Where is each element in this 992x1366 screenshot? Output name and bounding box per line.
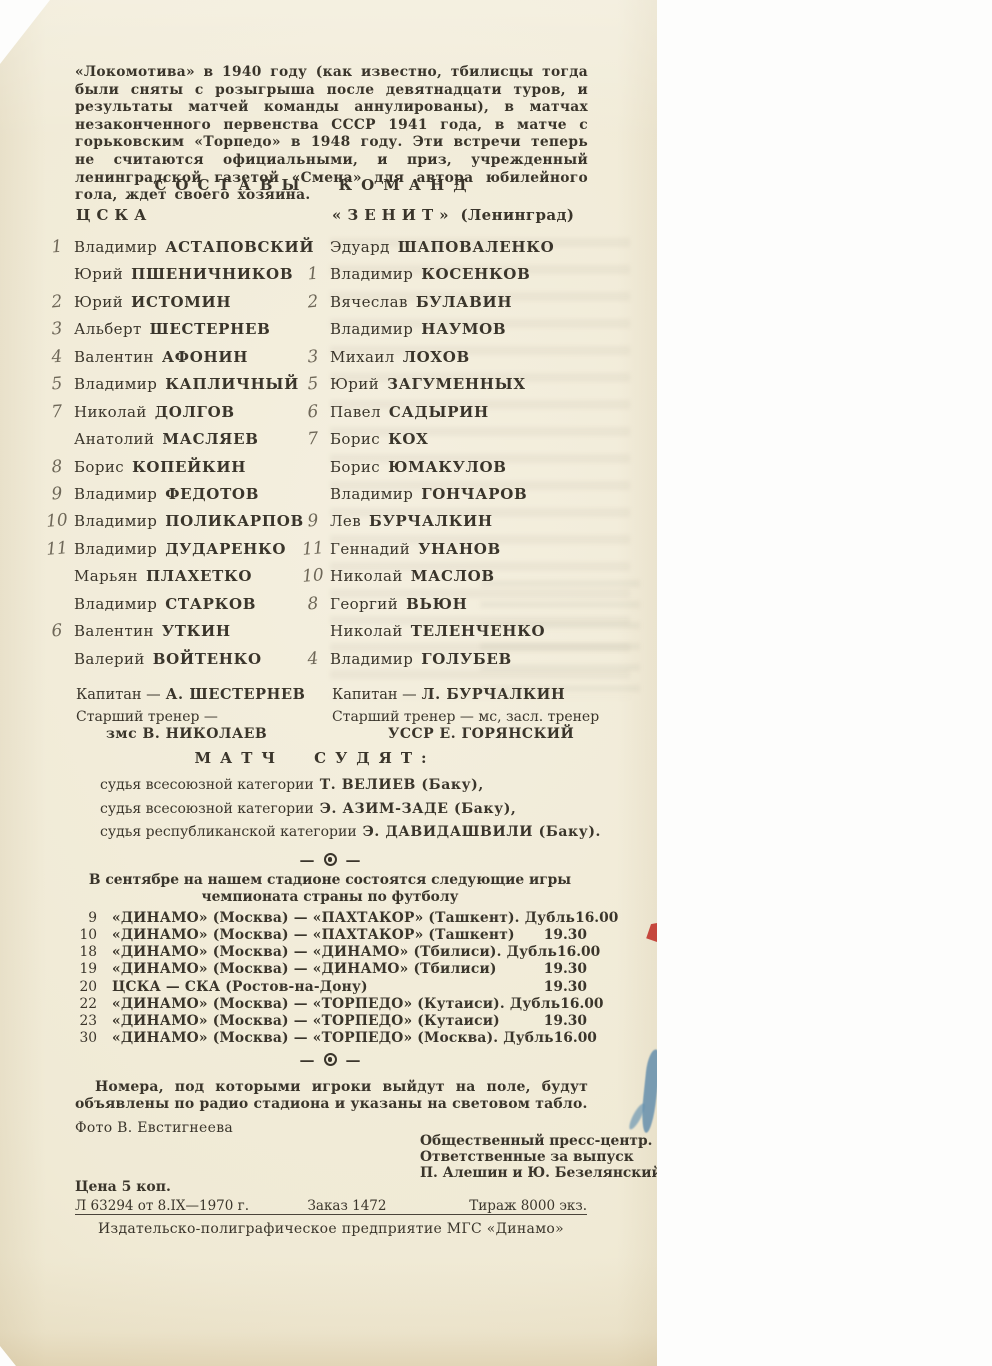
player-first-name: Лев [330, 512, 361, 530]
player-row: 8ГеоргийВЬЮН [300, 595, 600, 622]
handwritten-number: 6 [299, 403, 326, 422]
player-first-name: Борис [330, 430, 380, 448]
player-last-name: МАСЛЯЕВ [162, 430, 258, 448]
player-last-name: ТЕЛЕНЧЕНКО [411, 622, 545, 640]
player-last-name: ШАПОВАЛЕНКО [398, 238, 555, 256]
player-row: ВладимирСТАРКОВ [44, 595, 302, 622]
referee-name: Э. ДАВИДАШВИЛИ (Баку). [363, 824, 601, 840]
player-first-name: Альберт [74, 320, 142, 338]
player-row: 5ЮрийЗАГУМЕННЫХ [300, 375, 600, 402]
player-row: ВладимирГОНЧАРОВ [300, 485, 600, 512]
player-last-name: ДОЛГОВ [155, 403, 235, 421]
player-first-name: Валерий [74, 650, 145, 668]
schedule-row: 10«ДИНАМО» (Москва) — «ПАХТАКОР» (Ташкен… [75, 927, 587, 944]
handwritten-number: 8 [299, 595, 326, 614]
zenit-coach-line1: Старший тренер — мс, засл. тренер [332, 709, 599, 725]
player-last-name: ИСТОМИН [131, 293, 231, 311]
handwritten-number: 4 [43, 348, 70, 367]
player-row: 4ВладимирГОЛУБЕВ [300, 650, 600, 677]
handwritten-number [300, 498, 326, 500]
rosters-heading: СОСТАВЫКОМАНД [60, 176, 570, 194]
player-row: ЭдуардШАПОВАЛЕНКО [300, 238, 600, 265]
player-last-name: ДУДАРЕНКО [165, 540, 286, 558]
handwritten-number: 11 [299, 540, 326, 559]
referee-name: Т. ВЕЛИЕВ (Баку), [320, 777, 484, 793]
player-last-name: УНАНОВ [418, 540, 501, 558]
player-row: 11ВладимирДУДАРЕНКО [44, 540, 302, 567]
match-time: 16.00 [560, 996, 603, 1012]
match-day: 9 [75, 910, 97, 926]
divider-dash: — [346, 1051, 361, 1069]
handwritten-number: 7 [299, 430, 326, 449]
player-last-name: ЮМАКУЛОВ [388, 458, 507, 476]
player-first-name: Владимир [74, 375, 157, 393]
player-row: 6ПавелСАДЫРИН [300, 403, 600, 430]
match-time: 19.30 [544, 961, 587, 977]
referees-heading-word1: МАТЧ [194, 749, 284, 767]
numbers-announcement-note: Номера, под которыми игроки выйдут на по… [75, 1079, 588, 1113]
player-first-name: Николай [74, 403, 147, 421]
section-divider: —— [75, 1051, 585, 1069]
player-row: 8БорисКОПЕЙКИН [44, 458, 302, 485]
match-day: 10 [75, 927, 97, 943]
player-last-name: АФОНИН [162, 348, 248, 366]
player-last-name: ГОЛУБЕВ [421, 650, 512, 668]
handwritten-number: 11 [43, 540, 70, 559]
player-last-name: САДЫРИН [389, 403, 489, 421]
section-divider: —— [75, 851, 585, 869]
player-last-name: ПШЕНИЧНИКОВ [131, 265, 293, 283]
player-first-name: Валентин [74, 348, 154, 366]
referee-category: судья всесоюзной категории [100, 777, 314, 793]
photo-credit: Фото В. Евстигнеева [75, 1120, 233, 1136]
referee-line: судья всесоюзной категорииЭ. АЗИМ-ЗАДЕ (… [100, 801, 601, 825]
match-time: 16.00 [575, 910, 618, 926]
cska-coach-line1: Старший тренер — [76, 709, 218, 725]
referee-line: судья республиканской категорииЭ. ДАВИДА… [100, 824, 601, 848]
handwritten-number: 2 [43, 293, 70, 312]
handwritten-number [44, 278, 70, 280]
handwritten-number: 3 [43, 320, 70, 339]
player-row: МарьянПЛАХЕТКО [44, 567, 302, 594]
team-name-cska: ЦСКА [76, 206, 152, 224]
match-day: 30 [75, 1030, 97, 1046]
imprint-number: Л 63294 от 8.IX—1970 г. [75, 1198, 267, 1214]
player-last-name: СТАРКОВ [165, 595, 256, 613]
player-row: 2ВячеславБУЛАВИН [300, 293, 600, 320]
press-line1: Общественный пресс-центр. [420, 1134, 667, 1150]
handwritten-number: 1 [43, 238, 70, 257]
player-row: НиколайТЕЛЕНЧЕНКО [300, 622, 600, 649]
player-last-name: КОСЕНКОВ [421, 265, 530, 283]
player-first-name: Владимир [330, 320, 413, 338]
schedule-row: 23«ДИНАМО» (Москва) — «ТОРПЕДО» (Кутаиси… [75, 1013, 587, 1030]
match-day: 19 [75, 961, 97, 977]
imprint-circulation: Тираж 8000 экз. [427, 1198, 587, 1214]
match-teams: «ДИНАМО» (Москва) — «ДИНАМО» (Тбилиси). … [112, 944, 557, 960]
handwritten-number [44, 662, 70, 664]
september-line1: В сентябре на нашем стадионе состоятся с… [75, 872, 585, 889]
handwritten-number: 7 [43, 403, 70, 422]
referee-name: Э. АЗИМ-ЗАДЕ (Баку), [320, 801, 517, 817]
referees-list: судья всесоюзной категорииТ. ВЕЛИЕВ (Бак… [100, 777, 601, 848]
captain-name: А. ШЕСТЕРНЕВ [166, 686, 306, 703]
captain-name: Л. БУРЧАЛКИН [422, 686, 566, 703]
cska-captain: Капитан —А. ШЕСТЕРНЕВ [76, 686, 305, 703]
september-announcement: В сентябре на нашем стадионе состоятся с… [75, 872, 585, 905]
september-line2: чемпионата страны по футболу [75, 889, 585, 906]
player-last-name: МАСЛОВ [411, 567, 495, 585]
match-day: 22 [75, 996, 97, 1012]
player-first-name: Николай [330, 622, 403, 640]
handwritten-number: 10 [299, 567, 326, 586]
match-teams: «ДИНАМО» (Москва) — «ДИНАМО» (Тбилиси) [112, 961, 544, 977]
player-last-name: ПОЛИКАРПОВ [165, 512, 304, 530]
handwritten-number: 5 [43, 375, 70, 394]
imprint-row: Л 63294 от 8.IX—1970 г. Заказ 1472 Тираж… [75, 1198, 587, 1214]
match-day: 18 [75, 944, 97, 960]
player-row: 6ВалентинУТКИН [44, 622, 302, 649]
player-row: 3АльбертШЕСТЕРНЕВ [44, 320, 302, 347]
handwritten-number: 5 [299, 375, 326, 394]
player-row: ЮрийПШЕНИЧНИКОВ [44, 265, 302, 292]
player-row: 1ВладимирКОСЕНКОВ [300, 265, 600, 292]
player-row: 9ЛевБУРЧАЛКИН [300, 512, 600, 539]
player-first-name: Вячеслав [330, 293, 408, 311]
handwritten-number [44, 443, 70, 445]
handwritten-number: 8 [43, 457, 70, 476]
match-time: 19.30 [544, 927, 587, 943]
rosters-heading-word1: СОСТАВЫ [154, 176, 308, 194]
match-day: 20 [75, 979, 97, 995]
handwritten-number [44, 608, 70, 610]
player-last-name: ВЬЮН [406, 595, 467, 613]
player-last-name: ГОНЧАРОВ [421, 485, 527, 503]
handwritten-number: 6 [43, 622, 70, 641]
team-name-zenit: «ЗЕНИТ»(Ленинград) [332, 206, 574, 224]
player-last-name: НАУМОВ [421, 320, 506, 338]
player-row: 5ВладимирКАПЛИЧНЫЙ [44, 375, 302, 402]
handwritten-number: 1 [299, 265, 326, 284]
team-zenit-title: «ЗЕНИТ» [332, 206, 455, 224]
divider-dash: — [346, 851, 361, 869]
zenit-captain: Капитан —Л. БУРЧАЛКИН [332, 686, 565, 703]
player-row: 10НиколайМАСЛОВ [300, 567, 600, 594]
handwritten-number: 9 [43, 485, 70, 504]
handwritten-number: 2 [299, 293, 326, 312]
referee-line: судья всесоюзной категорииТ. ВЕЛИЕВ (Бак… [100, 777, 601, 801]
player-first-name: Эдуард [330, 238, 390, 256]
player-first-name: Юрий [74, 265, 123, 283]
handwritten-number [300, 333, 326, 335]
player-first-name: Юрий [74, 293, 123, 311]
player-first-name: Марьян [74, 567, 138, 585]
player-row: БорисЮМАКУЛОВ [300, 458, 600, 485]
player-last-name: ЛОХОВ [403, 348, 470, 366]
handwritten-number [44, 580, 70, 582]
schedule-row: 9«ДИНАМО» (Москва) — «ПАХТАКОР» (Ташкент… [75, 910, 587, 927]
zenit-coach-line2: УССР Е. ГОРЯНСКИЙ [388, 726, 574, 742]
player-row: 2ЮрийИСТОМИН [44, 293, 302, 320]
handwritten-number: 10 [43, 512, 70, 531]
rosters-heading-word2: КОМАНД [338, 176, 475, 194]
player-last-name: КАПЛИЧНЫЙ [165, 375, 299, 393]
schedule-row: 19«ДИНАМО» (Москва) — «ДИНАМО» (Тбилиси)… [75, 961, 587, 978]
referees-heading: МАТЧСУДЯТ: [60, 749, 570, 767]
player-first-name: Владимир [330, 650, 413, 668]
player-first-name: Валентин [74, 622, 154, 640]
player-first-name: Владимир [74, 512, 157, 530]
player-row: 4ВалентинАФОНИН [44, 348, 302, 375]
player-row: 1ВладимирАСТАПОВСКИЙ [44, 238, 302, 265]
match-teams: «ДИНАМО» (Москва) — «ТОРПЕДО» (Кутаиси) [112, 1013, 544, 1029]
player-last-name: БУРЧАЛКИН [369, 512, 493, 530]
divider-bullseye-icon [324, 853, 337, 866]
player-last-name: ВОЙТЕНКО [153, 650, 262, 668]
match-time: 16.00 [557, 944, 600, 960]
divider-dash: — [300, 851, 315, 869]
player-first-name: Михаил [330, 348, 395, 366]
schedule-row: 20ЦСКА — СКА (Ростов-на-Дону)19.30 [75, 979, 587, 996]
press-center-block: Общественный пресс-центр. Ответственные … [420, 1134, 667, 1181]
cska-coach-line2: змс В. НИКОЛАЕВ [106, 726, 267, 742]
red-ink-mark [645, 923, 657, 942]
referee-category: судья всесоюзной категории [100, 801, 314, 817]
player-row: ВладимирНАУМОВ [300, 320, 600, 347]
player-row: 7НиколайДОЛГОВ [44, 403, 302, 430]
schedule-row: 30«ДИНАМО» (Москва) — «ТОРПЕДО» (Москва)… [75, 1030, 587, 1047]
player-first-name: Анатолий [74, 430, 154, 448]
player-first-name: Владимир [330, 485, 413, 503]
handwritten-number: 9 [299, 512, 326, 531]
referee-category: судья республиканской категории [100, 824, 357, 840]
press-line3: П. Алешин и Ю. Безелянский. [420, 1166, 667, 1182]
player-first-name: Борис [330, 458, 380, 476]
player-last-name: ШЕСТЕРНЕВ [150, 320, 271, 338]
match-teams: «ДИНАМО» (Москва) — «ПАХТАКОР» (Ташкент)… [112, 910, 575, 926]
match-teams: «ДИНАМО» (Москва) — «ТОРПЕДО» (Кутаиси).… [112, 996, 560, 1012]
player-first-name: Владимир [74, 540, 157, 558]
player-first-name: Владимир [330, 265, 413, 283]
player-last-name: АСТАПОВСКИЙ [165, 238, 314, 256]
player-first-name: Владимир [74, 595, 157, 613]
schedule-row: 22«ДИНАМО» (Москва) — «ТОРПЕДО» (Кутаиси… [75, 996, 587, 1013]
divider-dash: — [300, 1051, 315, 1069]
player-row: 9ВладимирФЕДОТОВ [44, 485, 302, 512]
blue-ink-smudge [640, 1049, 662, 1134]
schedule-row: 18«ДИНАМО» (Москва) — «ДИНАМО» (Тбилиси)… [75, 944, 587, 961]
match-time: 16.00 [554, 1030, 597, 1046]
captain-label: Капитан — [76, 687, 161, 703]
player-first-name: Георгий [330, 595, 398, 613]
handwritten-number [300, 470, 326, 472]
player-row: АнатолийМАСЛЯЕВ [44, 430, 302, 457]
player-row: 7БорисКОХ [300, 430, 600, 457]
match-day: 23 [75, 1013, 97, 1029]
player-first-name: Юрий [330, 375, 379, 393]
handwritten-number [300, 251, 326, 253]
player-first-name: Борис [74, 458, 124, 476]
player-last-name: ПЛАХЕТКО [146, 567, 252, 585]
program-page: «Локомотива» в 1940 году (как известно, … [0, 0, 657, 1366]
player-last-name: ФЕДОТОВ [165, 485, 259, 503]
match-teams: «ДИНАМО» (Москва) — «ТОРПЕДО» (Москва). … [112, 1030, 554, 1046]
match-time: 19.30 [544, 1013, 587, 1029]
player-last-name: УТКИН [162, 622, 231, 640]
player-last-name: КОПЕЙКИН [132, 458, 246, 476]
handwritten-number: 3 [299, 348, 326, 367]
player-row: 10ВладимирПОЛИКАРПОВ [44, 512, 302, 539]
player-last-name: БУЛАВИН [416, 293, 512, 311]
player-row: 11ГеннадийУНАНОВ [300, 540, 600, 567]
player-row: ВалерийВОЙТЕНКО [44, 650, 302, 677]
press-line2: Ответственные за выпуск [420, 1150, 667, 1166]
team-zenit-city: (Ленинград) [461, 206, 575, 224]
divider-bullseye-icon [324, 1053, 337, 1066]
player-first-name: Владимир [74, 238, 157, 256]
cska-roster-column: 1ВладимирАСТАПОВСКИЙ ЮрийПШЕНИЧНИКОВ 2Юр… [44, 238, 302, 677]
player-first-name: Владимир [74, 485, 157, 503]
player-last-name: ЗАГУМЕННЫХ [387, 375, 526, 393]
imprint-order: Заказ 1472 [267, 1198, 427, 1214]
captain-label: Капитан — [332, 687, 417, 703]
player-last-name: КОХ [388, 430, 428, 448]
price-label: Цена 5 коп. [75, 1179, 171, 1195]
player-first-name: Павел [330, 403, 381, 421]
handwritten-number [300, 635, 326, 637]
player-row: 3МихаилЛОХОВ [300, 348, 600, 375]
player-first-name: Николай [330, 567, 403, 585]
september-schedule: 9«ДИНАМО» (Москва) — «ПАХТАКОР» (Ташкент… [75, 910, 587, 1047]
match-time: 19.30 [544, 979, 587, 995]
publisher-line: Издательско-полиграфическое предприятие … [75, 1221, 587, 1237]
player-first-name: Геннадий [330, 540, 410, 558]
footer-rule [75, 1214, 587, 1215]
match-teams: ЦСКА — СКА (Ростов-на-Дону) [112, 979, 544, 995]
handwritten-number: 4 [299, 649, 326, 668]
match-teams: «ДИНАМО» (Москва) — «ПАХТАКОР» (Ташкент) [112, 927, 544, 943]
zenit-roster-column: ЭдуардШАПОВАЛЕНКО 1ВладимирКОСЕНКОВ 2Вяч… [300, 238, 600, 677]
referees-heading-word2: СУДЯТ: [314, 749, 435, 767]
